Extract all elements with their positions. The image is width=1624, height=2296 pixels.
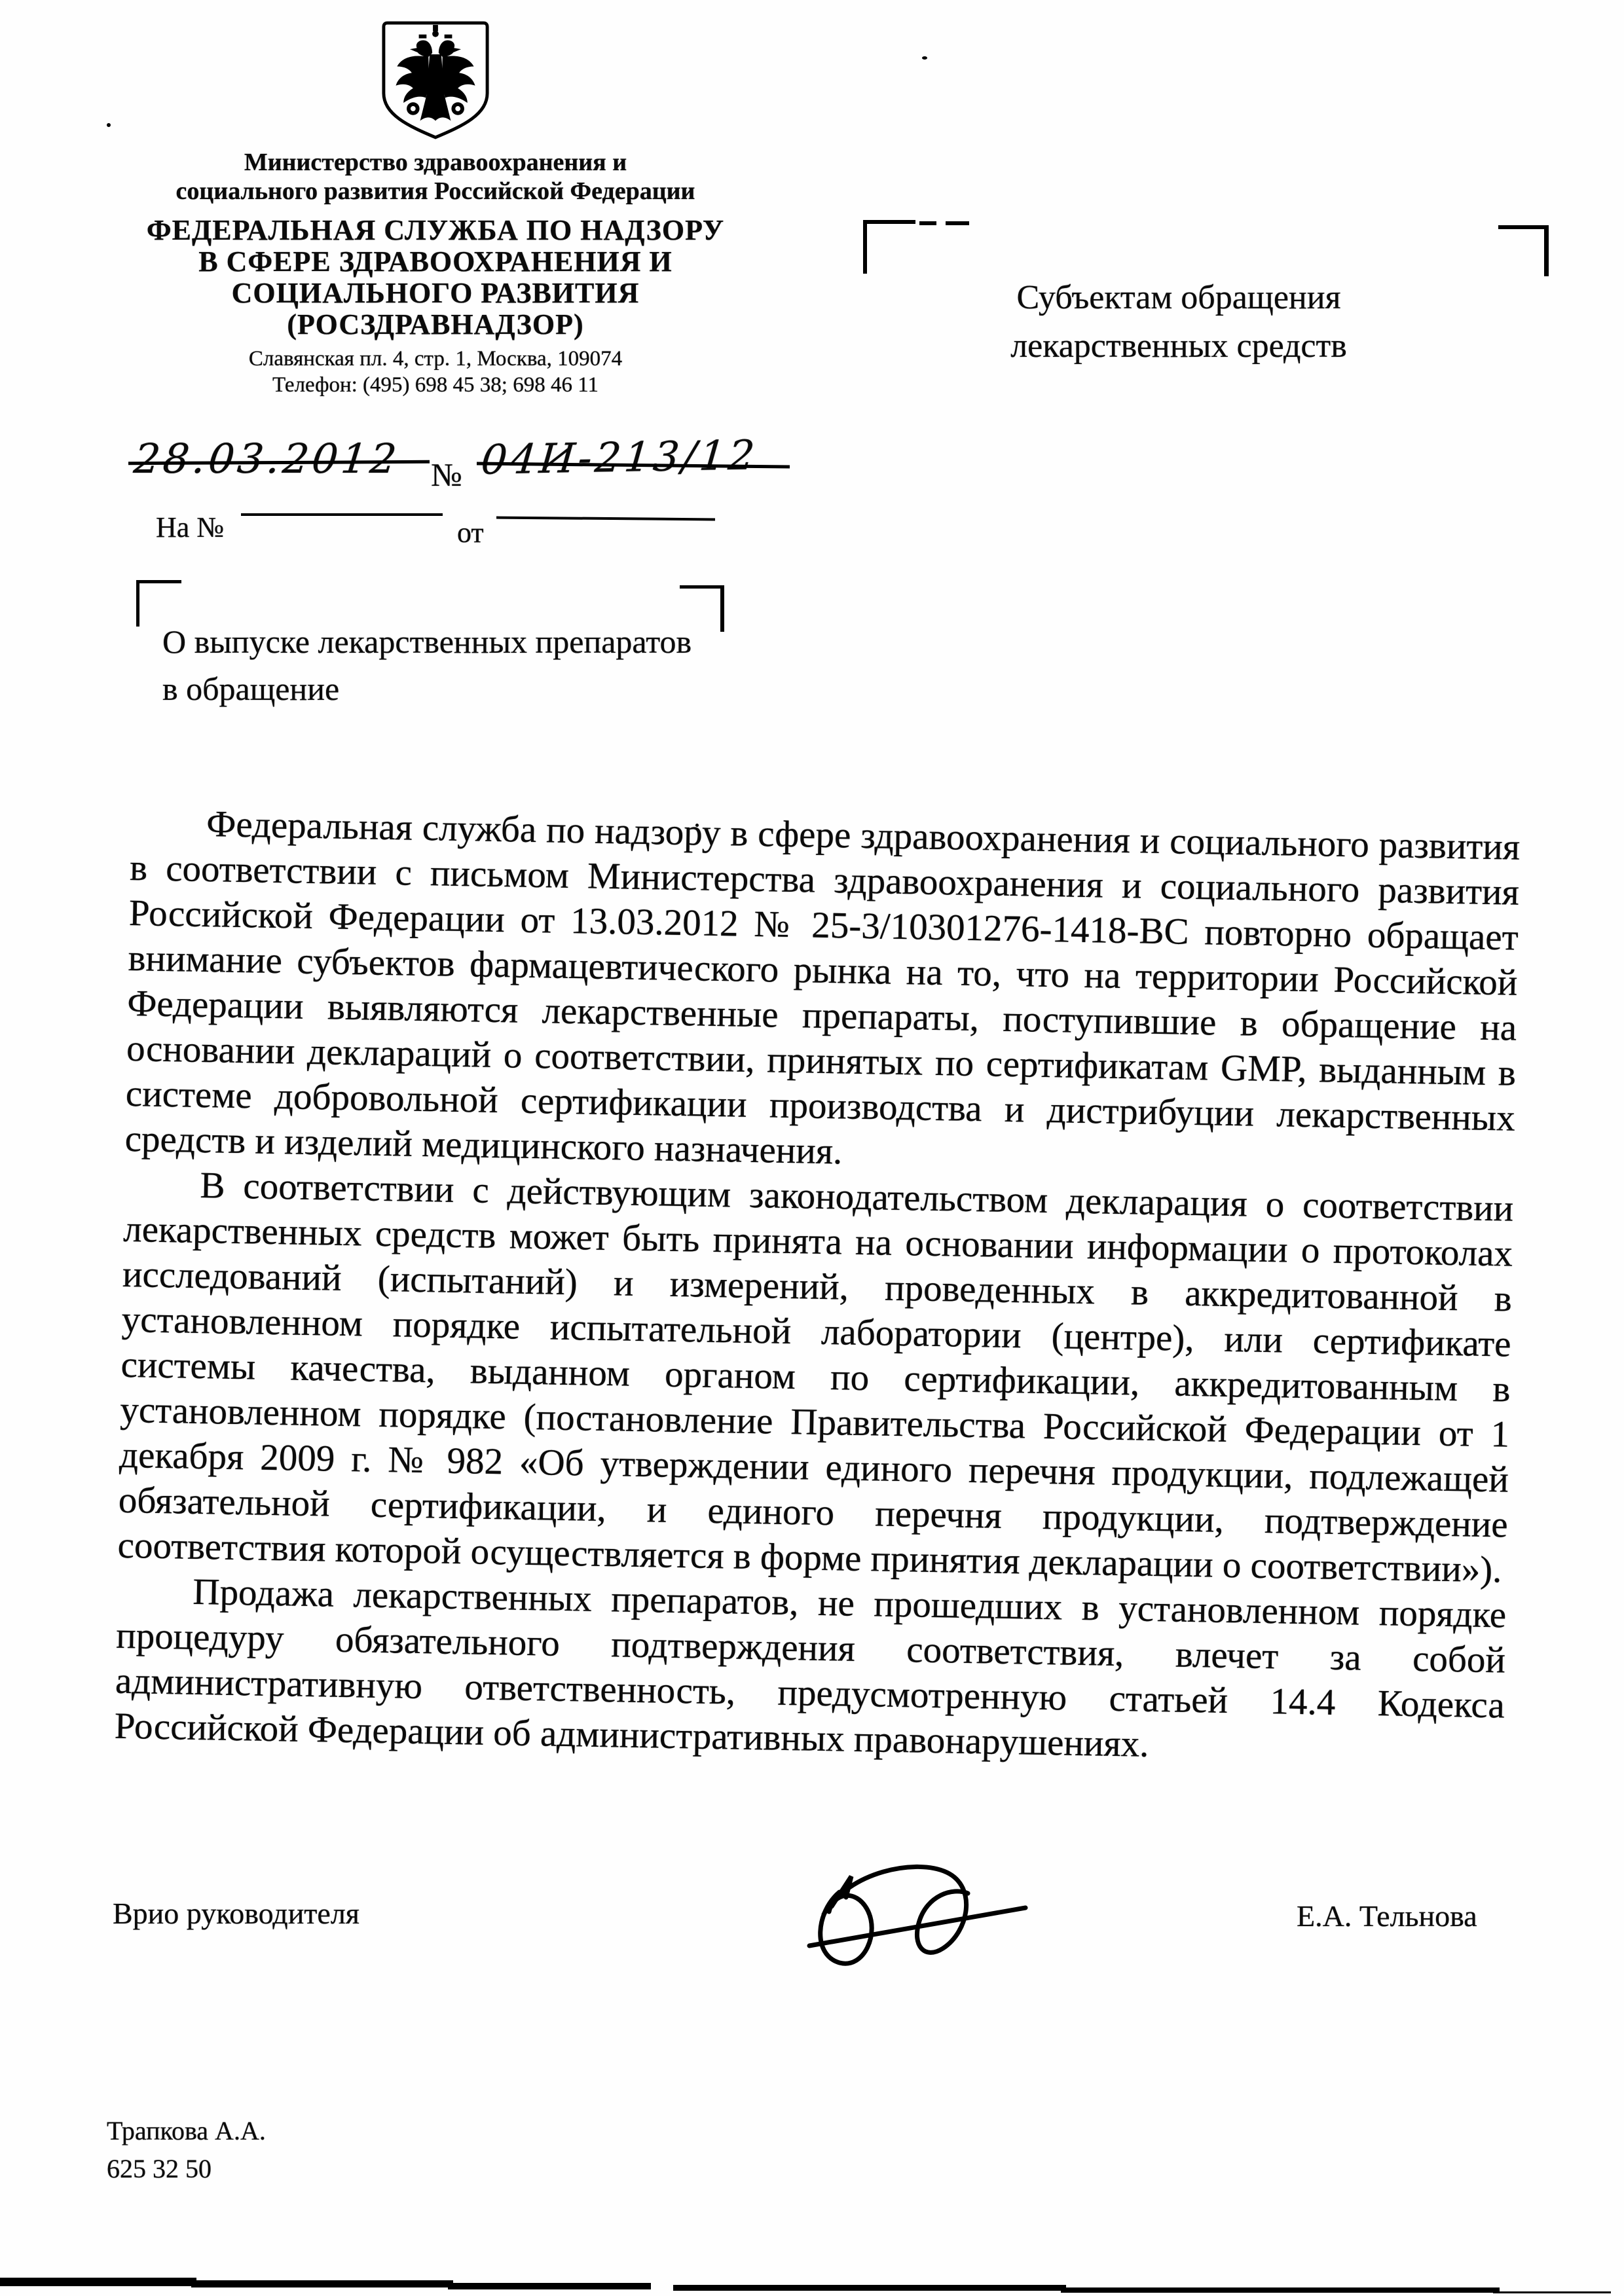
body-paragraph-1: Федеральная служба по надзору в сфере зд…: [124, 800, 1520, 1186]
addressee-line1: Субъектам обращения: [936, 274, 1421, 322]
ministry-name-line2: социального развития Российской Федераци…: [92, 177, 779, 206]
executor-name: Трапкова А.А.: [107, 2112, 266, 2150]
scan-artifact-bar: [673, 2285, 1066, 2291]
letter-body: Федеральная служба по надзору в сфере зд…: [114, 800, 1520, 1774]
org-address: Славянская пл. 4, стр. 1, Москва, 109074: [92, 346, 779, 372]
signature-scribble: [773, 1846, 1074, 1990]
service-name-line4: (РОСЗДРАВНАДЗОР): [92, 309, 779, 340]
letter-number-handwritten: 04И-213/12: [479, 431, 760, 483]
scan-artifact-bar: [191, 2280, 453, 2287]
service-name-line3: СОЦИАЛЬНОГО РАЗВИТИЯ: [92, 278, 779, 309]
body-paragraph-2: В соответствии с действующим законодател…: [117, 1161, 1514, 1593]
addressee-frame-dash2: [946, 221, 969, 225]
from-label: от: [457, 516, 484, 549]
signer-name: Е.А. Тельнова: [1297, 1899, 1477, 1933]
service-name-line1: ФЕДЕРАЛЬНАЯ СЛУЖБА ПО НАДЗОРУ: [92, 215, 779, 246]
scan-speck: [107, 123, 111, 127]
org-phone: Телефон: (495) 698 45 38; 698 46 11: [92, 372, 779, 398]
scanned-letter-page: Министерство здравоохранения и социально…: [0, 0, 1624, 2296]
subject-block: О выпуске лекарственных препаратов в обр…: [162, 618, 752, 712]
addressee-line2: лекарственных средств: [936, 322, 1421, 371]
reply-to-label: На №: [156, 511, 224, 544]
service-name-line2: В СФЕРЕ ЗДРАВООХРАНЕНИЯ И: [92, 246, 779, 278]
ministry-name-line1: Министерство здравоохранения и: [92, 148, 779, 177]
reply-to-underline: [241, 513, 443, 516]
signer-position: Врио руководителя: [113, 1896, 360, 1931]
coat-of-arms-icon: [381, 18, 490, 143]
scan-artifact-bar: [0, 2278, 196, 2286]
subject-line2: в обращение: [162, 665, 752, 712]
addressee-frame-corner-right: [1498, 225, 1549, 276]
number-sign: №: [431, 456, 462, 494]
scan-artifact-bar: [1493, 2291, 1611, 2293]
addressee-frame-dash1: [919, 221, 936, 225]
body-paragraph-3: Продажа лекарственных препаратов, не про…: [114, 1568, 1507, 1774]
addressee-block: Субъектам обращения лекарственных средст…: [936, 274, 1421, 371]
letterhead-block: Министерство здравоохранения и социально…: [92, 18, 779, 398]
scan-speck: [922, 56, 927, 60]
subject-line1: О выпуске лекарственных препаратов: [162, 618, 752, 665]
letter-date-handwritten: 28.03.2012: [132, 435, 402, 483]
scan-speck: [695, 824, 699, 827]
scan-artifact-bar: [448, 2283, 651, 2289]
scan-artifact-bar: [1061, 2287, 1500, 2293]
addressee-frame-corner-left: [863, 220, 915, 274]
executor-phone: 625 32 50: [107, 2150, 212, 2188]
from-underline: [496, 517, 715, 521]
